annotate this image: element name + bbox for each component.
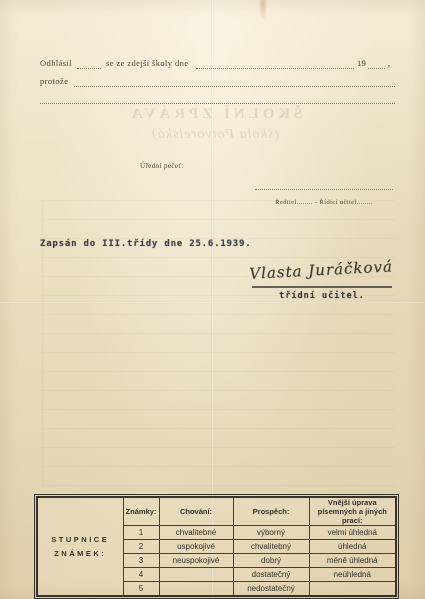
- dotted-blank-reason: [74, 85, 395, 87]
- grading-scale-table: STUPNICE ZNÁMEK: Známky: Chování: Prospě…: [36, 496, 397, 597]
- cell-behaviour: [159, 568, 233, 582]
- comma: ,: [388, 58, 391, 68]
- col-header-behaviour: Chování:: [159, 497, 233, 526]
- cell-achievement: dostatečný: [233, 568, 309, 582]
- director-line-label: Ředitel........ - Řídící učitel........: [275, 199, 373, 206]
- cell-achievement: dobrý: [233, 554, 309, 568]
- cell-neatness: velmi úhledná: [309, 526, 396, 540]
- year-prefix: 19: [357, 58, 366, 68]
- showthrough-text: ŠKOLNÍ ZPRÁVA (škola Potvorelská): [95, 106, 335, 143]
- cell-neatness: neúhledná: [309, 568, 396, 582]
- class-teacher-label: třídní učitel.: [252, 291, 392, 301]
- cell-behaviour: uspokojivé: [159, 540, 233, 554]
- scanned-school-form: ŠKOLNÍ ZPRÁVA (škola Potvorelská) Odhlás…: [0, 0, 425, 599]
- cell-achievement: chvalitebný: [233, 540, 309, 554]
- cell-behaviour: neuspokojivé: [159, 554, 233, 568]
- scale-side-label-line1: STUPNICE: [40, 533, 121, 547]
- dotted-blank-reason-2: [40, 102, 395, 104]
- cell-mark: 1: [123, 526, 159, 540]
- cell-mark: 3: [123, 554, 159, 568]
- cell-neatness: méně úhledná: [309, 554, 396, 568]
- cell-neatness: [309, 582, 396, 597]
- official-seal-label: Úřední pečeť:: [140, 162, 184, 170]
- showthrough-subtitle: (škola Potvorelská): [95, 127, 335, 143]
- cell-mark: 4: [123, 568, 159, 582]
- showthrough-title: ŠKOLNÍ ZPRÁVA: [95, 106, 335, 123]
- paper-stain: [258, 0, 268, 22]
- enrollment-typed-note: Zapsán do III.třídy dne 25.6.1939.: [40, 239, 251, 249]
- col-header-achievement: Prospěch:: [233, 497, 309, 526]
- cell-behaviour: [159, 582, 233, 597]
- cell-behaviour: chvalitebné: [159, 526, 233, 540]
- cell-neatness: úhledná: [309, 540, 396, 554]
- deregistered-label: Odhlásil: [40, 58, 72, 68]
- col-header-marks: Známky:: [123, 497, 159, 526]
- from-school-label: se ze zdejší školy dne: [106, 58, 188, 68]
- cell-achievement: nedostatečný: [233, 582, 309, 597]
- cell-mark: 2: [123, 540, 159, 554]
- table-header-row: STUPNICE ZNÁMEK: Známky: Chování: Prospě…: [37, 497, 396, 526]
- scale-side-label: STUPNICE ZNÁMEK:: [37, 497, 123, 596]
- dotted-blank: [77, 67, 101, 69]
- scale-side-label-line2: ZNÁMEK:: [40, 547, 121, 561]
- director-signature-line: [255, 188, 393, 190]
- cell-mark: 5: [123, 582, 159, 597]
- dotted-blank-date: [196, 67, 354, 69]
- cell-achievement: výborný: [233, 526, 309, 540]
- signature-underline: [252, 286, 392, 288]
- because-label: protože: [40, 76, 68, 86]
- dotted-blank-year: [368, 67, 385, 69]
- col-header-neatness: Vnější úprava písemných a jiných prací:: [309, 497, 396, 526]
